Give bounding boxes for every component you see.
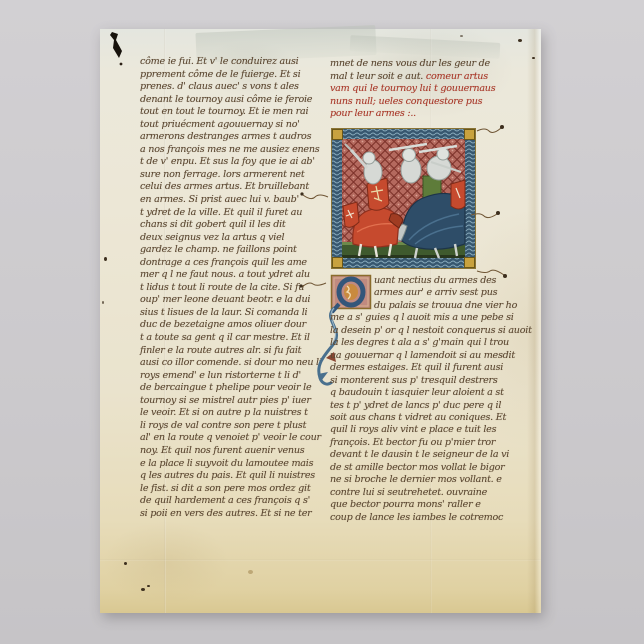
text-line: si monterent sus p' tresquil destrers — [330, 375, 516, 387]
text-line: li roys de val contre son pere t plust — [140, 420, 326, 433]
body-text: mnet de nens vous dur les geur de — [330, 58, 490, 69]
stain-speck — [147, 585, 150, 587]
text-line: armerons destranges armes t audros — [140, 131, 326, 144]
rubric-text: nuns null; ueles conquestore pus — [330, 96, 482, 107]
text-line: prenes. d' claus auec' s vons t ales — [140, 81, 326, 94]
stain-speck — [102, 301, 104, 304]
text-line: que bector pourra mons' raller e — [330, 499, 516, 511]
text-line: celui des armes artus. Et bruillebant — [140, 181, 326, 194]
text-line: du palais se trouua dne vier ho — [330, 300, 516, 312]
text-line: deux seignus vez la artus q viel — [140, 232, 326, 245]
stain-speck — [460, 35, 463, 37]
text-line: coup de lance les iambes le cotremoc — [330, 512, 516, 524]
text-line: gardez le champ. ne faillons point — [140, 244, 326, 257]
stain-speck — [141, 588, 145, 591]
horizontal-crease — [100, 559, 541, 561]
right-column-paragraph: uant nectius du armes desarmes aur' e ar… — [330, 275, 516, 524]
text-line: la les degres t ala a s' g'main qui l tr… — [330, 337, 516, 349]
text-line: q les autres du pais. Et quil li nuistre… — [140, 470, 326, 483]
body-text: mal t leur soit e aut. — [330, 71, 426, 82]
text-line: tout en tout le tournoy. Et ie men rai — [140, 106, 326, 119]
text-line: duc de bezetaigne amos oliuer dour — [140, 319, 326, 332]
text-line: vam qui le tournoy lui t gouuernaus — [330, 83, 516, 96]
text-line: dermes estaiges. Et quil il furent ausi — [330, 362, 516, 374]
text-line: soit aus chans t vidret au coniques. Et — [330, 412, 516, 424]
text-line: t a toute sa gent q il car mestre. Et il — [140, 332, 326, 345]
text-line: en armes. Si prist auec lui v. baub' — [140, 194, 326, 207]
text-line: de st amille bector mos vollat le bigor — [330, 462, 516, 474]
stain-speck — [248, 570, 253, 574]
text-line: roys emend' e lun ristorterne t li d' — [140, 370, 326, 383]
text-line: le fist. si dit a son pere mos ordez git — [140, 483, 326, 496]
text-line: chans si dit gobert quil il les dit — [140, 219, 326, 232]
text-line: noy. Et quil nos furent auenir venus — [140, 445, 326, 458]
text-line: al' en la route q venoiet p' veoir le co… — [140, 432, 326, 445]
text-line: nuns null; ueles conquestore pus — [330, 96, 516, 109]
text-line: contre lui si seutrehetet. ouvraine — [330, 487, 516, 499]
text-line: tout priuécment agouuernay si no' — [140, 119, 326, 132]
stain-speck — [124, 562, 127, 565]
text-line: oup' mer leone deuant beotr. e la dui — [140, 294, 326, 307]
text-line: si poii en vers des autres. Et si ne ter — [140, 508, 326, 521]
rubric-text: comeur artus — [426, 71, 488, 82]
left-text-column: côme ie fui. Et v' le conduirez ausippre… — [140, 56, 326, 520]
repair-tape-faint — [350, 35, 501, 59]
text-line: a nos françois mes ne me ausiez enens — [140, 144, 326, 157]
rubric-text: vam qui le tournoy lui t gouuernaus — [330, 83, 495, 94]
text-line: mer q l ne faut nous. a tout ydret alu — [140, 269, 326, 282]
text-line: dontrage a ces françois quil les ame — [140, 257, 326, 270]
stain-speck — [518, 39, 522, 42]
text-line: ua gouuernar q l lamendoit si au mesdit — [330, 350, 516, 362]
backdrop: côme ie fui. Et v' le conduirez ausippre… — [0, 0, 644, 644]
text-line: uant nectius du armes des — [330, 275, 516, 287]
text-line: mal t leur soit e aut. comeur artus — [330, 71, 516, 84]
text-line: pour leur armes :.. — [330, 108, 516, 121]
text-line: côme ie fui. Et v' le conduirez ausi — [140, 56, 326, 69]
stain-speck — [532, 57, 535, 59]
text-line: t lidus t tout li route de la cite. Si f… — [140, 282, 326, 295]
text-line: ne si broche le dernier mos vollant. e — [330, 474, 516, 486]
text-line: quil li roys aliv vint e place e tuit le… — [330, 424, 516, 436]
text-line: devant t le dausin t le seigneur de la v… — [330, 449, 516, 461]
ink-blot — [106, 31, 132, 71]
text-line: tournoy si se mistrel autr pies p' iuer — [140, 395, 326, 408]
battle-miniature — [331, 128, 476, 269]
text-line: la desein p' or q l nestoit conquerus si… — [330, 325, 516, 337]
text-line: finler e la route autres alr. si fu fait — [140, 345, 326, 358]
text-line: pprement côme de le fuierge. Et si — [140, 69, 326, 82]
text-line: de bercaingue t phelipe pour veoir le — [140, 382, 326, 395]
text-line: sure non ferrage. lors armerent net — [140, 169, 326, 182]
text-line: armes aur' e arriv sest pus — [330, 287, 516, 299]
text-line: de quil hardement a ces françois q s' — [140, 495, 326, 508]
manuscript-poster: côme ie fui. Et v' le conduirez ausippre… — [100, 29, 541, 613]
text-line: sius t lisues de la laur. Si comanda li — [140, 307, 326, 320]
text-line: ausi co illor comende. si dour mo neu li — [140, 357, 326, 370]
text-line: le veoir. Et si on autre p la nuistres t — [140, 407, 326, 420]
text-line: e la place li suyvoit du lamoutee mais — [140, 458, 326, 471]
right-column-rubric: mnet de nens vous dur les geur demal t l… — [330, 58, 516, 121]
stain-speck — [104, 257, 107, 261]
text-line: t ydret de la ville. Et quil il furet au — [140, 207, 326, 220]
page-edge-shading — [527, 29, 541, 613]
text-line: mnet de nens vous dur les geur de — [330, 58, 516, 71]
text-line: q baudouin t iasquier leur aloient a st — [330, 387, 516, 399]
text-line: denant le tournoy ausi côme ie feroie — [140, 94, 326, 107]
text-line: me a s' guies q l auoit mis a une pebe s… — [330, 312, 516, 324]
text-line: françois. Et bector fu ou p'mier tror — [330, 437, 516, 449]
text-line: tes t p' ydret de lancs p' duc pere q il — [330, 400, 516, 412]
text-line: t de v' enpu. Et sus la foy que ie ai ab… — [140, 156, 326, 169]
rubric-text: pour leur armes :.. — [330, 108, 416, 119]
